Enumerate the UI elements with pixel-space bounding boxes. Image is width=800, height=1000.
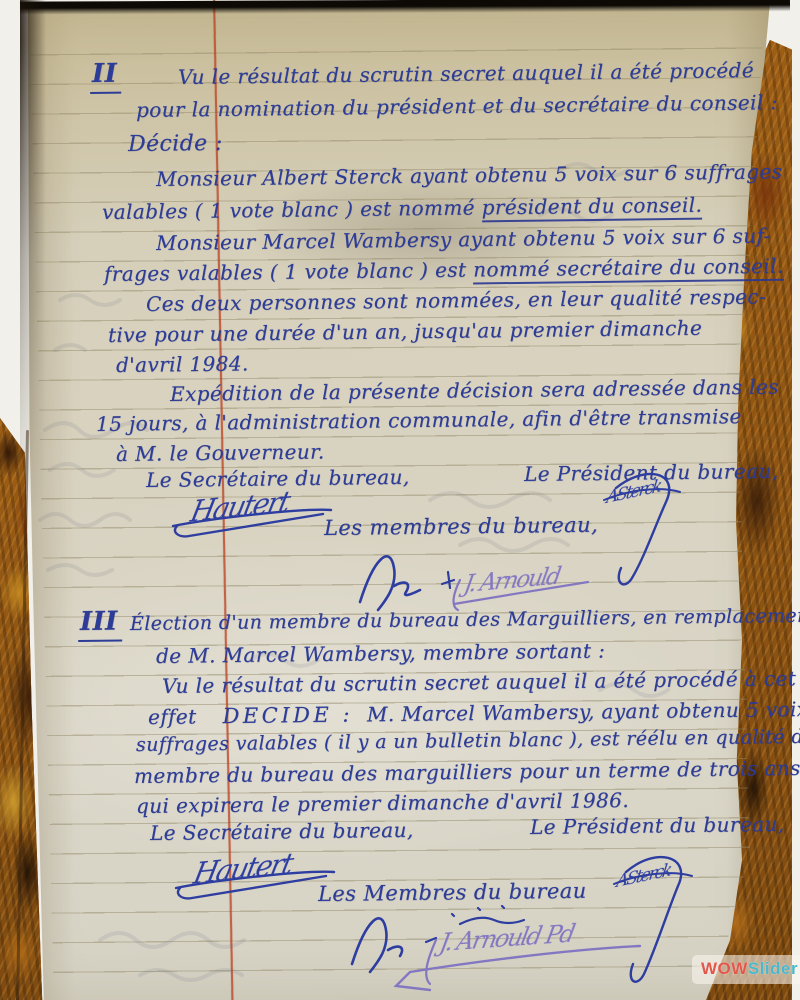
handwritten-line: à M. le Gouverneur.: [116, 440, 325, 466]
secretary-label: Le Secrétaire du bureau,: [150, 819, 414, 845]
line-text: M. Marcel Wambersy, ayant obtenu 5 voix …: [367, 696, 800, 726]
handwritten-line: d'avril 1984.: [116, 352, 249, 377]
wowslider-watermark[interactable]: WOWSlider: [692, 955, 800, 984]
secretary-signature: Hautert: [163, 484, 343, 546]
underlined-phrase: nommé secrétaire du conseil.: [473, 254, 784, 285]
line-text: valables ( 1 vote blanc ) est nommé: [102, 195, 482, 224]
president-signature: ASterck: [588, 462, 708, 594]
members-label: Les membres du bureau,: [324, 513, 598, 540]
photo-left-shadow-edge: [20, 0, 46, 540]
section-ii-numeral: II: [90, 60, 122, 94]
section-iii-numeral: III: [78, 607, 122, 641]
members-signature-arnould: J. Arnould: [448, 566, 598, 612]
decide-word: DECIDE :: [222, 702, 353, 728]
underlined-phrase: président du conseil.: [482, 193, 703, 223]
decide-heading: Décide :: [128, 131, 223, 157]
members-signature-arnould: J. Arnould Pd: [400, 924, 650, 994]
slider-text: Slider: [748, 959, 798, 978]
line-text: effet: [148, 704, 197, 729]
president-label: Le Président du bureau,: [530, 813, 785, 839]
wow-text: WOW: [701, 959, 748, 978]
line-text: frages valables ( 1 vote blanc ) est: [104, 257, 473, 286]
photographed-handwritten-minutes: II Vu le résultat du scrutin secret auqu…: [0, 0, 800, 1000]
handwritten-line: valables ( 1 vote blanc ) est nommé prés…: [102, 194, 703, 224]
